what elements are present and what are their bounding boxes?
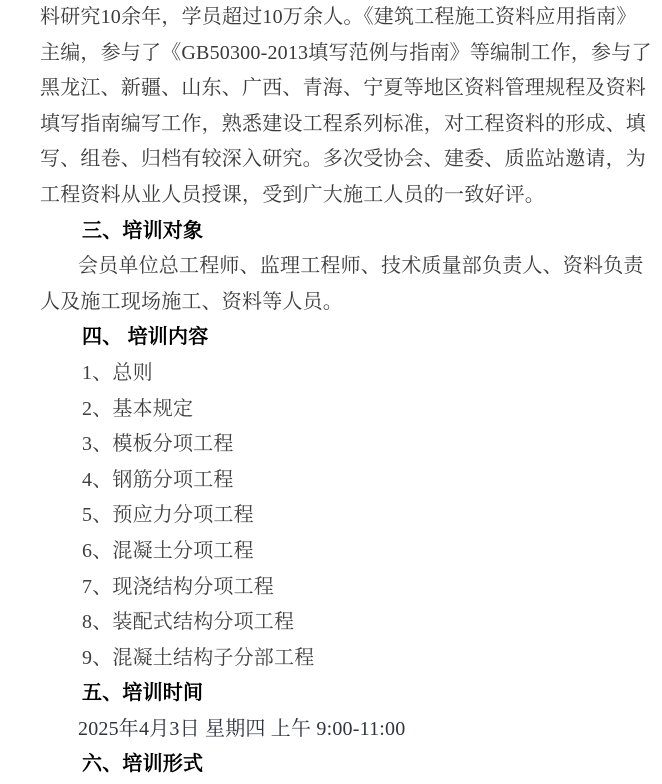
paragraph-line: 料研究10余年，学员超过10万余人。《建筑工程施工资料应用指南》: [40, 0, 622, 36]
list-item: 9、混凝土结构子分部工程: [40, 641, 622, 677]
audience-paragraph: 会员单位总工程师、监理工程师、技术质量部负责人、资料负责 人及施工现场施工、资料…: [40, 249, 622, 320]
section-heading-training-content: 四、 培训内容: [40, 320, 622, 356]
section-heading-training-time: 五、培训时间: [40, 676, 622, 712]
list-item: 2、基本规定: [40, 392, 622, 428]
list-item: 5、预应力分项工程: [40, 498, 622, 534]
section-heading-training-audience: 三、培训对象: [40, 214, 622, 250]
list-item: 8、装配式结构分项工程: [40, 605, 622, 641]
training-content-list: 1、总则 2、基本规定 3、模板分项工程 4、钢筋分项工程 5、预应力分项工程 …: [40, 356, 622, 676]
intro-paragraph: 料研究10余年，学员超过10万余人。《建筑工程施工资料应用指南》 主编，参与了《…: [40, 0, 622, 214]
section-heading-training-format: 六、培训形式: [40, 747, 622, 783]
paragraph-line: 填写指南编写工作，熟悉建设工程系列标准，对工程资料的形成、填: [40, 107, 622, 143]
paragraph-line: 黑龙江、新疆、山东、广西、青海、宁夏等地区资料管理规程及资料: [40, 71, 622, 107]
paragraph-line: 工程资料从业人员授课，受到广大施工人员的一致好评。: [40, 178, 622, 214]
list-item: 6、混凝土分项工程: [40, 534, 622, 570]
paragraph-line: 写、组卷、归档有较深入研究。多次受协会、建委、质监站邀请，为: [40, 142, 622, 178]
list-item: 1、总则: [40, 356, 622, 392]
paragraph-line: 主编，参与了《GB50300-2013填写范例与指南》等编制工作，参与了: [40, 36, 622, 72]
list-item: 7、现浇结构分项工程: [40, 570, 622, 606]
document-page: 料研究10余年，学员超过10万余人。《建筑工程施工资料应用指南》 主编，参与了《…: [0, 0, 662, 784]
list-item: 4、钢筋分项工程: [40, 463, 622, 499]
training-datetime: 2025年4月3日 星期四 上午 9:00-11:00: [40, 712, 622, 748]
list-item: 3、模板分项工程: [40, 427, 622, 463]
paragraph-line: 会员单位总工程师、监理工程师、技术质量部负责人、资料负责: [40, 249, 622, 285]
paragraph-line: 人及施工现场施工、资料等人员。: [40, 285, 622, 321]
